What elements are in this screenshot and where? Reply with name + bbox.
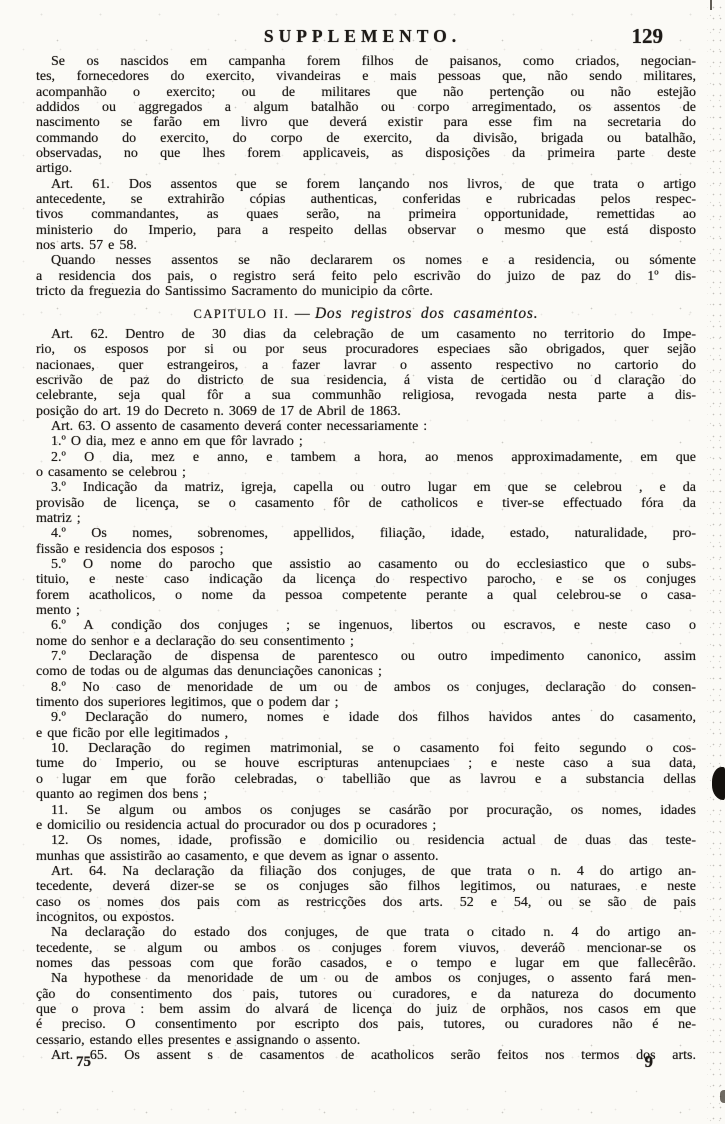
text-block: Se os nascidos em campanha forem filhos … [36, 54, 696, 1063]
text-line: escrivão de paz do districto de sua resi… [36, 373, 696, 388]
chapter-separator: — [289, 306, 315, 322]
scan-edge-mark [710, 0, 712, 10]
text-line: nome do senhor e a declaração do seu con… [36, 634, 696, 649]
page-number: 129 [632, 24, 664, 49]
text-line: Na declaração do estado dos conjuges, de… [36, 925, 696, 940]
text-line: addidos ou aggregados a algum batalhão o… [36, 100, 696, 115]
text-line: artigo. [36, 161, 696, 176]
ink-smudge-small [720, 1090, 725, 1103]
chapter-title: Dos registros dos casamentos. [315, 305, 539, 322]
text-line: que o prova : bem assim do alvará de lic… [36, 1002, 696, 1017]
text-line: Se os nascidos em campanha forem filhos … [36, 54, 696, 69]
text-line: 7.º Declaração de dispensa de parentesco… [36, 649, 696, 664]
text-line: Art. 64. Na declaração da filiação dos c… [36, 864, 696, 879]
text-line: 12. Os nomes, idade, profissão e domicil… [36, 833, 696, 848]
text-line: celebrante, seja qual fôr a sua communhã… [36, 388, 696, 403]
text-line: Art. 63. O assento de casamento deverá c… [36, 419, 696, 434]
text-line: mento ; [36, 603, 696, 618]
text-line: ção do consentimento dos pais, tutores o… [36, 987, 696, 1002]
text-line: caso os nomes dos pais com as restricçõe… [36, 895, 696, 910]
text-line: tricto da freguezia do Santissimo Sacram… [36, 284, 696, 299]
text-line: 11. Se algum ou ambos os conjuges se cas… [36, 803, 696, 818]
text-line: timento dos superiores legitimos, que o … [36, 695, 696, 710]
text-line: cessario, estando elles presentes e assi… [36, 1033, 696, 1048]
text-line: o casamento se celebrou ; [36, 465, 696, 480]
text-line: 3.º Indicação da matriz, igreja, capella… [36, 480, 696, 495]
text-line: observadas, no que lhes forem applicavei… [36, 146, 696, 161]
text-line: a residencia dos pais, o registro será f… [36, 269, 696, 284]
text-line: 1.º O dia, mez e anno em que fôr lavrado… [36, 434, 696, 449]
page-footer: 75 9 [0, 1052, 725, 1072]
page-header: SUPPLEMENTO. 129 [0, 26, 725, 54]
text-line: e domicilio ou residencia actual do proc… [36, 818, 696, 833]
text-line: 5.º O nome do parocho que assistio ao ca… [36, 557, 696, 572]
text-line: quanto ao regimen dos bens ; [36, 787, 696, 802]
text-line: Quando nesses assentos se não declararem… [36, 253, 696, 268]
text-line: ministerio do Imperio, para a respeito d… [36, 223, 696, 238]
text-line: e que ficão por elle legitimados , [36, 726, 696, 741]
chapter-heading: CAPITULO II. — Dos registros dos casamen… [36, 306, 696, 322]
text-line: 10. Declaração do regimen matrimonial, s… [36, 741, 696, 756]
text-line: acompanhão o exercito; ou de militares q… [36, 85, 696, 100]
text-line: nos arts. 57 e 58. [36, 238, 696, 253]
scan-edge-noise [707, 0, 725, 1124]
text-line: tituio, e neste caso indicação da licenç… [36, 572, 696, 587]
text-line: Art. 62. Dentro de 30 dias da celebração… [36, 327, 696, 342]
text-line: tes, fornecedores do exercito, vivandeir… [36, 69, 696, 84]
text-line: 6.º A condição dos conjuges ; se ingenuo… [36, 618, 696, 633]
text-line: nomes das pessoas com que forão casados,… [36, 956, 696, 971]
text-line: incognitos, ou expostos. [36, 910, 696, 925]
document-title: SUPPLEMENTO. [0, 26, 725, 47]
text-line: fissão e residencia dos esposos ; [36, 542, 696, 557]
chapter-label: CAPITULO II. [194, 307, 290, 321]
footer-signature-number: 75 [76, 1054, 91, 1071]
text-line: matriz ; [36, 511, 696, 526]
text-line: forem acatholicos, o nome da pessoa comp… [36, 588, 696, 603]
text-line: 4.º Os nomes, sobrenomes, appellidos, fi… [36, 526, 696, 541]
text-line: tecedente, deverá dizer-se se os conjuge… [36, 879, 696, 894]
footer-folio-number: 9 [645, 1052, 654, 1072]
text-line: 2.º O dia, mez e anno, e tambem a hora, … [36, 450, 696, 465]
text-line: nascimento se farão em livro que deverá … [36, 115, 696, 130]
text-line: provisão de licença, se o casamento fôr … [36, 496, 696, 511]
text-line: é preciso. O consentimento por escripto … [36, 1017, 696, 1032]
text-line: tecedente, se algum ou ambos os conjuges… [36, 941, 696, 956]
text-line: nacionaes, quer estrangeiros, a fazer la… [36, 358, 696, 373]
text-line: Na hypothese da menoridade de um ou de a… [36, 971, 696, 986]
text-line: o lugar em que forão celebradas, o tabel… [36, 772, 696, 787]
text-line: como de todas ou de algumas das denuncia… [36, 664, 696, 679]
text-line: munhas que assistirão ao casamento, e qu… [36, 849, 696, 864]
text-line: rio, os esposos por si ou por seus procu… [36, 342, 696, 357]
text-line: posição do art. 19 do Decreto n. 3069 de… [36, 404, 696, 419]
text-line: Art. 61. Dos assentos que se forem lança… [36, 177, 696, 192]
ink-smudge [712, 767, 725, 800]
text-line: tume do Imperio, ou se houve escripturas… [36, 756, 696, 771]
text-line: 9.º Declaração do numero, nomes e idade … [36, 710, 696, 725]
text-line: commando do exercito, do corpo de exerci… [36, 131, 696, 146]
text-line: 8.º No caso de menoridade de um ou de am… [36, 680, 696, 695]
text-line: tivos commandantes, as quaes serão, na p… [36, 207, 696, 222]
text-line: antecedente, se extrahirão cópias authen… [36, 192, 696, 207]
